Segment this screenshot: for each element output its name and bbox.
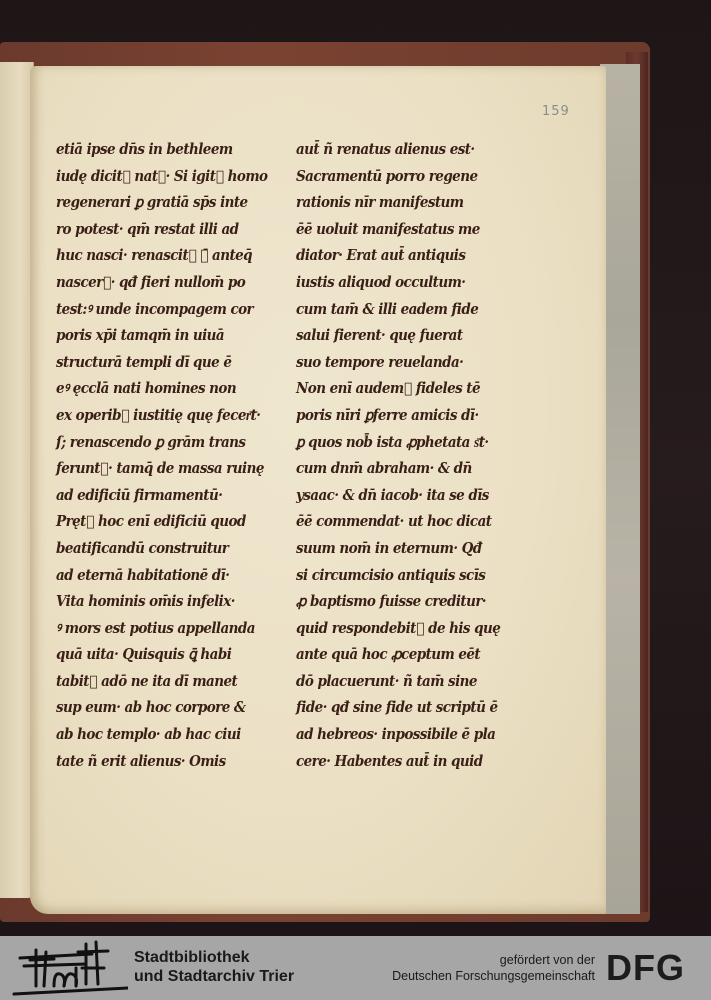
text-line: poris xp̄i tamqm̄ in uiuā [56, 324, 262, 351]
funding-text: gefördert von der Deutschen Forschungsge… [392, 952, 595, 984]
text-line: test:ꝰ unde incompagem cor [56, 298, 262, 325]
previous-page-edge [0, 62, 34, 898]
library-name-line2: und Stadtarchiv Trier [134, 967, 294, 986]
text-line: eꝰ ęcclā nati homines non [56, 377, 262, 404]
text-line: regenerari ꝑ gratiā sp̄s inte [56, 191, 262, 218]
text-line: etiā ipse dn̄s in bethleem [56, 138, 262, 165]
text-line: ab hoc templo· ab hac ciui [56, 723, 262, 750]
text-line: Vita hominis om̄is infelix· [56, 590, 262, 617]
manuscript-scan: 159 etiā ipse dn̄s in bethleem iudę dici… [0, 0, 711, 936]
text-line: sup eum· ab hoc corpore & [56, 696, 262, 723]
funding-line1: gefördert von der [392, 952, 595, 968]
text-line: ꝰ mors est potius appellanda [56, 617, 262, 644]
text-line: salui fierent· quę fuerat [296, 324, 491, 351]
library-name: Stadtbibliothek und Stadtarchiv Trier [134, 948, 294, 986]
text-line: ſ; renascendo ꝑ grām trans [56, 431, 262, 458]
pastedown-leaf [600, 64, 640, 914]
text-line: si circumcisio antiquis scīs [296, 564, 491, 591]
text-column-right: aut̄ ñ renatus alienus est· Sacramentū p… [296, 138, 506, 776]
library-name-line1: Stadtbibliothek [134, 948, 294, 967]
text-line: iustis aliquod occultum· [296, 271, 491, 298]
text-line: cum dnm̄ abraham· & dn̄ [296, 457, 491, 484]
text-line: ysaac· & dn̄ iacob· ita se dīs [296, 484, 491, 511]
text-line: dō placuerunt· ñ tam̄ sine [296, 670, 491, 697]
text-line: ēē commendat· ut hoc dicat [296, 510, 491, 537]
trier-library-logo-icon [8, 938, 128, 996]
text-line: quid respondebit᷑ de his quę [296, 617, 491, 644]
text-column-left: etiā ipse dn̄s in bethleem iudę dicit᷑ n… [56, 138, 278, 776]
text-line: rationis nīr manifestum [296, 191, 491, 218]
dfg-logo: DFG [606, 950, 685, 986]
text-line: structurā templi dī que ē [56, 351, 262, 378]
text-line: tabit᷑ adō ne ita dī manet [56, 670, 262, 697]
text-line: cere· Habentes aut̄ in quid [296, 750, 491, 777]
text-line: ferunt᷑· tamq̄ de massa ruinę [56, 457, 262, 484]
text-line: ex operib᷒ iustitię quę fecer͞t· [56, 404, 262, 431]
text-line: ꝑ quos nob̄ ista ꝓphetata s͞t· [296, 431, 491, 458]
text-line: Non enī audem᷒ fideles tē [296, 377, 491, 404]
text-line: ad eternā habitationē dī· [56, 564, 262, 591]
text-line: beatificandū construitur [56, 537, 262, 564]
text-line: ro potest· qm̄ restat illi ad [56, 218, 262, 245]
folio-number: 159 [542, 104, 570, 119]
funding-line2: Deutschen Forschungsgemeinschaft [392, 968, 595, 984]
text-line: aut̄ ñ renatus alienus est· [296, 138, 491, 165]
text-line: diator· Erat aut̄ antiquis [296, 244, 491, 271]
text-line: iudę dicit᷑ nat᷒· Si igit᷑ homo [56, 165, 262, 192]
text-line: cum tam̄ & illi eadem fide [296, 298, 491, 325]
footer-banner: Stadtbibliothek und Stadtarchiv Trier ge… [0, 936, 711, 1000]
text-line: ēē uoluit manifestatus me [296, 218, 491, 245]
text-line: ante quā hoc ꝓceptum eēt [296, 643, 491, 670]
text-line: huc nasci· renascit᷑ ꝗ̄ anteq̄ [56, 244, 262, 271]
text-line: suum nom̄ in eternum· Qđ [296, 537, 491, 564]
text-line: ad edificiū firmamentū· [56, 484, 262, 511]
text-line: fide· qđ sine fide ut scriptū ē [296, 696, 491, 723]
text-line: nascer᷑· qđ fieri nullom̄ po [56, 271, 262, 298]
text-line: Pręt᷑ hoc enī edificiū quod [56, 510, 262, 537]
text-line: suo tempore reuelanda· [296, 351, 491, 378]
text-line: tate ñ erit alienus· Omis [56, 750, 262, 777]
text-line: Sacramentū porro regene [296, 165, 491, 192]
text-line: poris nīri ꝑferre amicis dī· [296, 404, 491, 431]
text-line: quā uita· Quisquis ꝗ̄ habi [56, 643, 262, 670]
text-line: ad hebreos· inpossibile ē pla [296, 723, 491, 750]
text-line: ꝓ baptismo fuisse creditur· [296, 590, 491, 617]
